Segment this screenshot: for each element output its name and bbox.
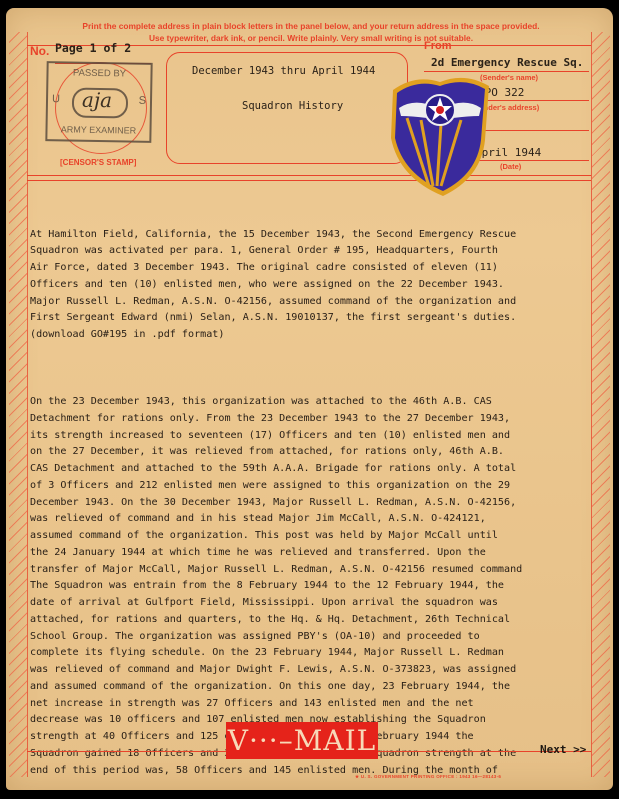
text-line: assumed command of the organization. Thi… [30,530,498,541]
text-line: Officers and ten (10) enlisted men, who … [30,279,504,290]
header-bottom-rule-2 [27,180,591,181]
text-line: transfer of Major McCall, Major Russell … [30,564,522,575]
text-line: date of arrival at Gulfport Field, Missi… [30,597,498,608]
vmail-logo: V···–MAIL [226,722,378,759]
left-hatched-margin [9,32,28,777]
text-line: Squadron was activated per para. 1, Gene… [30,245,498,256]
text-line: net increase in strength was 27 Officers… [30,698,474,709]
text-line: attached, for rations and quarters, to t… [30,614,510,625]
from-label: From [424,40,452,52]
text-line: At Hamilton Field, California, the 15 De… [30,229,516,240]
page-number: Page 1 of 2 [55,41,131,55]
text-line: its strength increased to seventeen (17)… [30,430,510,441]
text-line: was relieved of command and Major Dwight… [30,664,516,675]
text-line: December 1943. On the 30 December 1943, … [30,497,516,508]
date-caption: (Date) [500,162,521,171]
censor-stamp: PASSED BY U aja S ARMY EXAMINER [45,61,152,143]
gpo-printer-line: ★ U. S. GOVERNMENT PRINTING OFFICE : 194… [355,774,501,780]
fourth-air-force-patch-icon [385,70,495,198]
censor-initials: aja [82,88,112,113]
text-line: the 24 January 1944 at which time he was… [30,547,486,558]
stamp-passed-by: PASSED BY [48,67,150,80]
stamp-letter-s: S [139,95,147,107]
text-line: on the 27 December, it was relieved from… [30,446,504,457]
text-line: CAS Detachment and attached to the 59th … [30,463,516,474]
paragraph-activation: At Hamilton Field, California, the 15 De… [30,227,605,344]
text-line: The Squadron was entrain from the 8 Febr… [30,580,504,591]
download-go195-link[interactable]: (download GO#195 in .pdf format) [30,329,224,340]
address-line-date-range: December 1943 thru April 1944 [192,65,375,77]
squadron-history-text: At Hamilton Field, California, the 15 De… [30,193,605,796]
stamp-army-examiner: ARMY EXAMINER [47,124,149,136]
sender-name: 2d Emergency Rescue Sq. [431,56,583,69]
text-line: On the 23 December 1943, this organizati… [30,396,492,407]
text-line: and assumed command of the organization.… [30,681,510,692]
header-bottom-rule-1 [27,175,591,176]
form-instructions: Print the complete address in plain bloc… [76,20,546,44]
printer-line-text: U. S. GOVERNMENT PRINTING OFFICE : 1943 … [361,774,501,779]
text-line: Major Russell L. Redman, A.S.N. O-42156,… [30,296,516,307]
text-line: Detachment for rations only. From the 23… [30,413,510,424]
footer-rule-left [27,751,227,752]
censor-stamp-caption: [CENSOR'S STAMP] [60,158,136,167]
text-line: School Group. The organization was assig… [30,631,480,642]
address-line-title: Squadron History [242,100,343,112]
text-line: Air Force, dated 3 December 1943. The or… [30,262,498,273]
text-line: First Sergeant Edward (nmi) Selan, A.S.N… [30,312,516,323]
text-line: of 3 Officers and 212 enlisted men were … [30,480,510,491]
text-line: complete its flying schedule. On the 23 … [30,647,504,658]
text-line: was relieved of command and in his stead… [30,513,486,524]
no-label: No. [30,44,49,58]
stamp-letter-u: U [52,93,60,105]
next-page-link[interactable]: Next >> [540,743,586,756]
